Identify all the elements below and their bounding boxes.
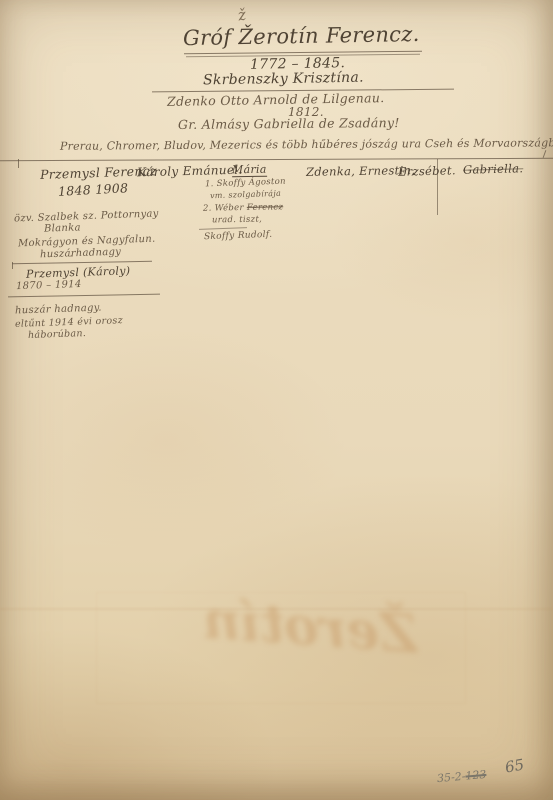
col3-entry-4: urad. tiszt,	[212, 215, 262, 226]
col3-name: Mária	[232, 163, 267, 178]
archival-code-prefix: 35-2-	[437, 770, 466, 785]
box-top-rule	[12, 261, 152, 264]
col6-name: Gabriella.	[463, 161, 524, 177]
son-wife: Gr. Almásy Gabriella de Zsadány!	[178, 115, 400, 132]
left-branch-line-2: Blanka	[44, 222, 81, 234]
col3-entry-1: 1. Skoffy Ágoston	[205, 177, 286, 190]
page-title: Gróf Žerotín Ferencz.	[183, 22, 420, 50]
note-line-3: háborúban.	[28, 328, 86, 341]
note-line-1: huszár hadnagy.	[15, 302, 102, 316]
col5-name: Erzsébet.	[398, 163, 456, 179]
insertion-flourish-icon: ž	[236, 5, 247, 24]
left-branch-line-1: özv. Szalbek sz. Pottornyay	[14, 208, 159, 224]
col3-separator	[199, 227, 247, 230]
boxed-dates: 1870 – 1914	[16, 279, 82, 292]
col1-dates: 1848 1908	[58, 180, 129, 199]
col2-name: Károly Emánuel.	[137, 163, 243, 180]
col3-entry-3-struck: Ferencz	[247, 202, 284, 213]
archival-code: 35-2-123	[437, 768, 487, 785]
col3-entry-2: vm. szolgabírája	[210, 189, 281, 200]
header-rule-left-tick	[18, 159, 19, 168]
caret-mark-icon: ˆ	[68, 256, 73, 266]
col3-entry-5: Skoffy Rudolf.	[204, 230, 273, 242]
box-left-tick	[12, 262, 13, 269]
wife-name: Skrbenszky Krisztína.	[203, 70, 364, 89]
col3-entry-3-prefix: 2. Wéber	[203, 203, 244, 214]
col3-entry-3: 2. Wéber Ferencz	[203, 202, 283, 213]
header-rule	[0, 158, 553, 161]
son-name: Zdenko Otto Arnold de Lilgenau.	[167, 90, 385, 109]
box-bottom-rule	[8, 294, 160, 298]
manuscript-page: Žerotín ž Gróf Žerotín Ferencz. 1772 – 1…	[0, 0, 553, 800]
archival-code-struck: 123	[465, 768, 487, 783]
page-number: 65	[504, 755, 526, 776]
header-rule-right-hook	[543, 150, 547, 158]
left-branch-line-4: huszárhadnagy	[40, 247, 122, 261]
estates-line: Prerau, Chromer, Bludov, Mezerics és töb…	[60, 136, 553, 153]
